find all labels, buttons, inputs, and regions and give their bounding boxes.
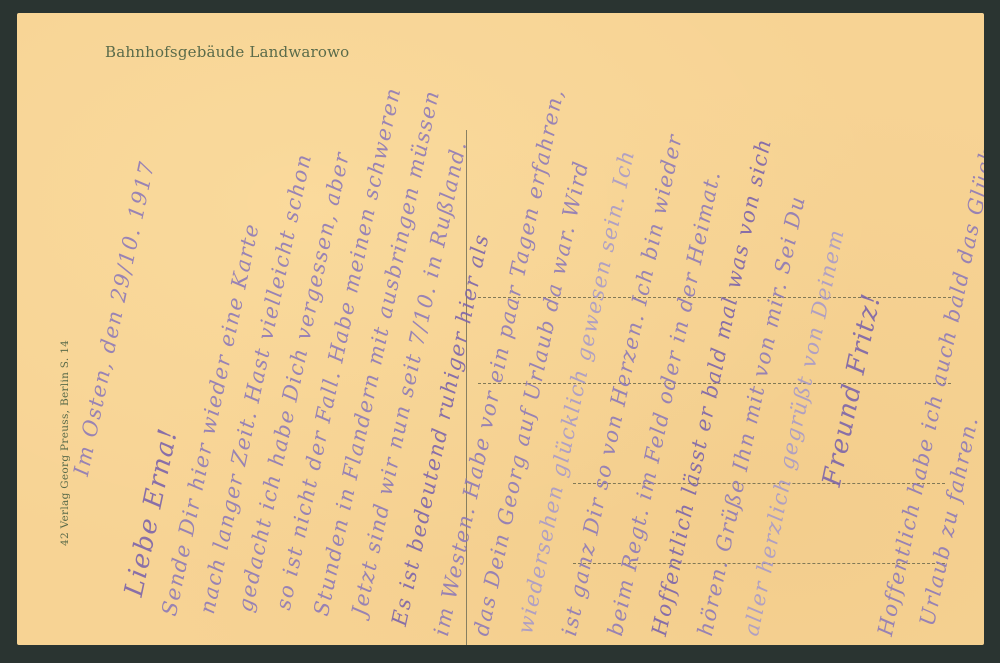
handwriting-date-line: Im Osten, den 29/10. 1917 (69, 159, 159, 478)
publisher-imprint: 42 Verlag Georg Preuss, Berlin S. 14 (59, 340, 71, 546)
postcard: Bahnhofsgebäude Landwarowo 42 Verlag Geo… (17, 13, 984, 645)
address-line-3 (573, 483, 945, 484)
postcard-title: Bahnhofsgebäude Landwarowo (105, 43, 349, 61)
